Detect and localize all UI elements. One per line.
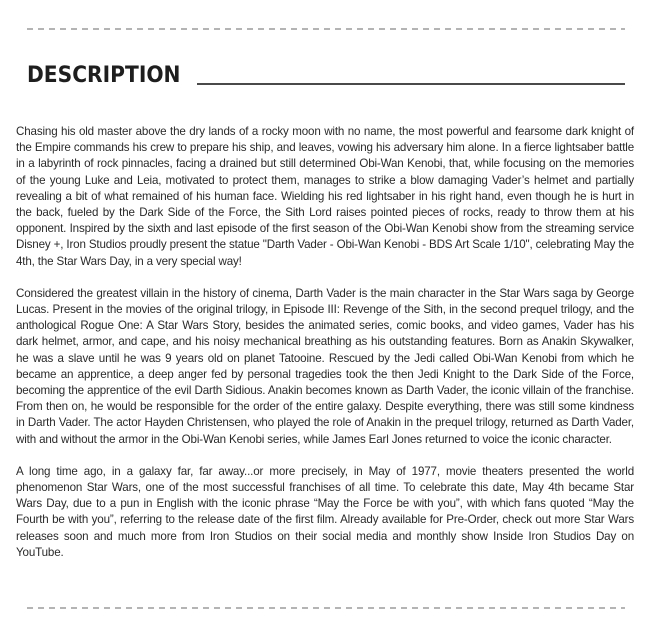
title-underline xyxy=(197,83,625,85)
paragraph-1: Chasing his old master above the dry lan… xyxy=(16,124,634,270)
section-header: DESCRIPTION xyxy=(27,62,625,88)
top-dashed-divider xyxy=(27,28,625,30)
paragraph-2: Considered the greatest villain in the h… xyxy=(16,286,634,448)
description-body: Chasing his old master above the dry lan… xyxy=(16,124,634,577)
section-title: DESCRIPTION xyxy=(27,65,174,87)
bottom-dashed-divider xyxy=(27,607,625,609)
paragraph-3: A long time ago, in a galaxy far, far aw… xyxy=(16,464,634,561)
